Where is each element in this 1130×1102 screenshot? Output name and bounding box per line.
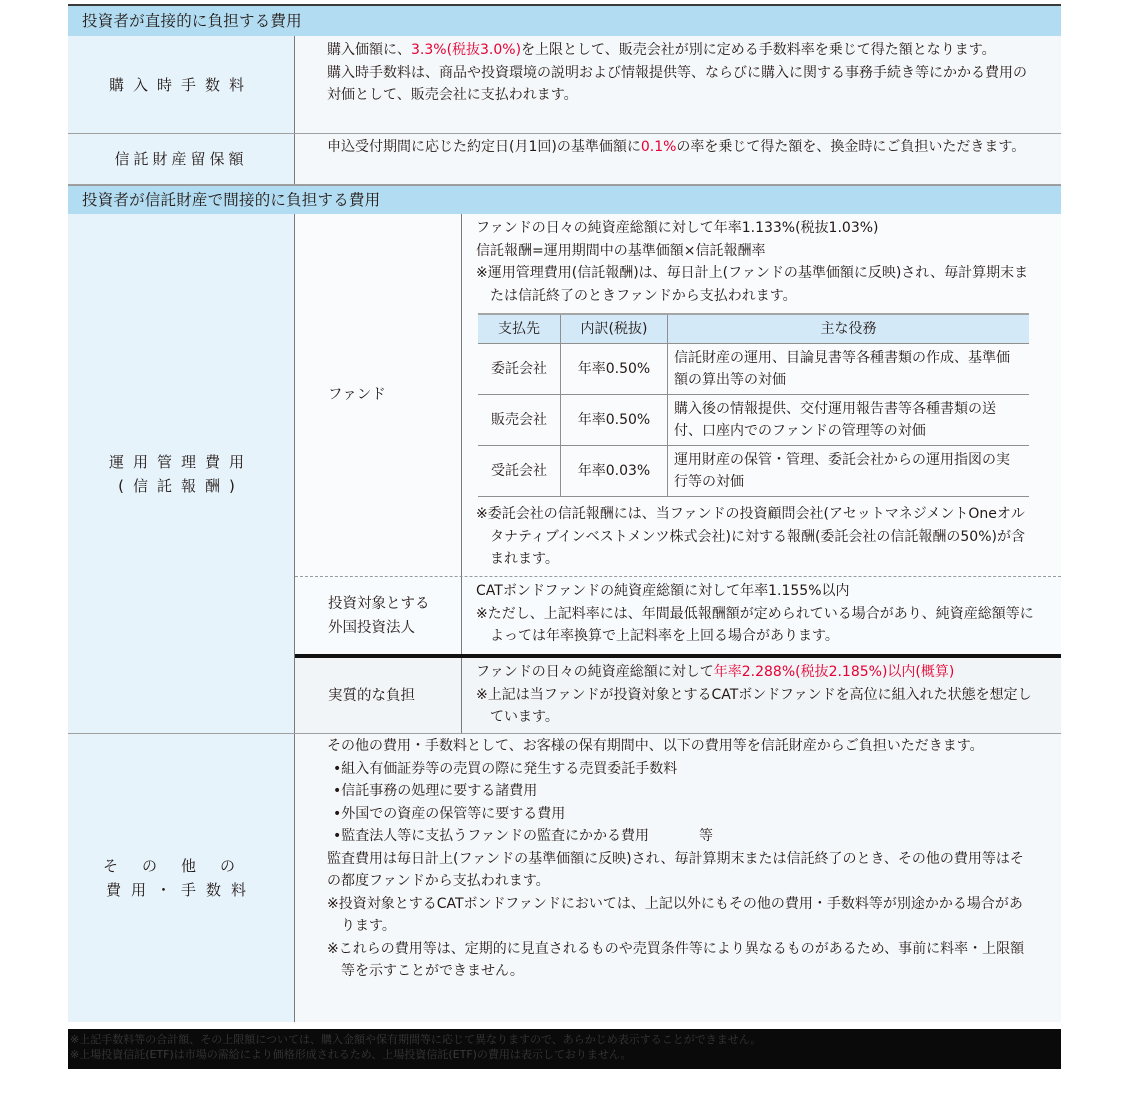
subrow-foreign-investment-corp: 投資対象とする 外国投資法人 CATボンドファンドの純資産総額に対して年率1.1…: [295, 576, 1061, 654]
list-item: •組入有価証券等の売買の際に発生する売買委託手数料: [333, 758, 1031, 781]
fee-table: 投資者が直接的に負担する費用 購入時手数料 購入価額に、3.3%(税抜3.0%)…: [68, 4, 1061, 1022]
purchase-fee-rate: 3.3%(税抜3.0%): [411, 42, 521, 58]
row-purchase-fee: 購入時手数料 購入価額に、3.3%(税抜3.0%)を上限として、販売会社が別に定…: [68, 36, 1061, 134]
label-management-fee: 運用管理費用 (信託報酬): [68, 214, 295, 733]
other-fees-note1: ※投資対象とするCATボンドファンドにおいては、上記以外にもその他の費用・手数料…: [327, 893, 1031, 938]
effective-details: ファンドの日々の純資産総額に対して年率2.288%(税抜2.185%)以内(概算…: [462, 658, 1061, 733]
content-purchase-fee: 購入価額に、3.3%(税抜3.0%)を上限として、販売会社が別に定める手数料率を…: [295, 36, 1061, 133]
list-item: •信託事務の処理に要する諸費用: [333, 780, 1031, 803]
text: 申込受付期間に応じた約定日(月1回)の基準価額に: [327, 139, 641, 155]
sublabel-effective-burden: 実質的な負担: [295, 658, 462, 733]
fund-rate: ファンドの日々の純資産総額に対して年率1.133%(税抜1.03%): [476, 217, 1035, 240]
cell-rate: 年率0.50%: [561, 395, 668, 446]
management-fee-breakdown: ファンド ファンドの日々の純資産総額に対して年率1.133%(税抜1.03%) …: [295, 214, 1061, 733]
row-trust-reserve: 信託財産留保額 申込受付期間に応じた約定日(月1回)の基準価額に0.1%の率を乗…: [68, 134, 1061, 185]
fund-details: ファンドの日々の純資産総額に対して年率1.133%(税抜1.03%) 信託報酬=…: [462, 214, 1061, 576]
label-line: 運用管理費用: [109, 450, 253, 474]
row-management-fee: 運用管理費用 (信託報酬) ファンド ファンドの日々の純資産総額に対して年率1.…: [68, 214, 1061, 734]
cell-service: 購入後の情報提供、交付運用報告書等各種書類の送付、口座内でのファンドの管理等の対…: [668, 395, 1030, 446]
row-other-fees: その他の 費用・手数料 その他の費用・手数料として、お客様の保有期間中、以下の費…: [68, 734, 1061, 1022]
purchase-fee-line1: 購入価額に、3.3%(税抜3.0%)を上限として、販売会社が別に定める手数料率を…: [327, 39, 1031, 62]
footnote: ※上記手数料等の合計額、その上限額については、購入金額や保有期間等に応じて異なり…: [70, 1032, 1059, 1047]
subrow-effective-burden: 実質的な負担 ファンドの日々の純資産総額に対して年率2.288%(税抜2.185…: [295, 654, 1061, 733]
content-trust-reserve: 申込受付期間に応じた約定日(月1回)の基準価額に0.1%の率を乗じて得た額を、換…: [295, 134, 1061, 184]
fund-note: ※運用管理費用(信託報酬)は、毎日計上(ファンドの基準価額に反映)され、毎計算期…: [476, 262, 1035, 307]
label-line: (信託報酬): [118, 474, 244, 498]
fee-breakdown-table: 支払先 内訳(税抜) 主な役務 委託会社 年率0.50% 信託財産の運用、目論見…: [478, 313, 1029, 497]
footnote: ※上場投資信託(ETF)は市場の需給により価格形成されるため、上場投資信託(ET…: [70, 1047, 1059, 1062]
advisor-fee-note: ※委託会社の信託報酬には、当ファンドの投資顧問会社(アセットマネジメントOneオ…: [476, 503, 1035, 571]
text: の率を乗じて得た額を、換金時にご負担いただきます。: [676, 139, 1025, 155]
label-line: 外国投資法人: [328, 616, 415, 640]
cell-service: 運用財産の保管・管理、委託会社からの運用指図の実行等の対価: [668, 446, 1030, 497]
effective-rate: 年率2.288%(税抜2.185%)以内(概算): [714, 664, 955, 680]
cell-rate: 年率0.50%: [561, 344, 668, 395]
effective-note: ※上記は当ファンドが投資対象とするCATボンドファンドを高位に組入れた状態を想定…: [476, 684, 1035, 729]
col-header-payee: 支払先: [478, 314, 561, 344]
sublabel-foreign-investment-corp: 投資対象とする 外国投資法人: [295, 577, 462, 654]
footnotes: ※上記手数料等の合計額、その上限額については、購入金額や保有期間等に応じて異なり…: [68, 1029, 1061, 1069]
other-fees-note2: ※これらの費用等は、定期的に見直されるものや売買条件等により異なるものがあるため…: [327, 938, 1031, 983]
cell-service: 信託財産の運用、目論見書等各種書類の作成、基準価額の算出等の対価: [668, 344, 1030, 395]
label-trust-reserve: 信託財産留保額: [68, 134, 295, 184]
text: を上限として、販売会社が別に定める手数料率を乗じて得た額となります。: [521, 42, 996, 58]
effective-rate-line: ファンドの日々の純資産総額に対して年率2.288%(税抜2.185%)以内(概算…: [476, 661, 1035, 684]
other-fees-list: •組入有価証券等の売買の際に発生する売買委託手数料 •信託事務の処理に要する諸費…: [327, 758, 1031, 848]
foreign-rate: CATボンドファンドの純資産総額に対して年率1.155%以内: [476, 580, 1035, 603]
table-row: 販売会社 年率0.50% 購入後の情報提供、交付運用報告書等各種書類の送付、口座…: [478, 395, 1029, 446]
text: ファンドの日々の純資産総額に対して: [476, 664, 714, 680]
table-row: 受託会社 年率0.03% 運用財産の保管・管理、委託会社からの運用指図の実行等の…: [478, 446, 1029, 497]
list-item-last: •監査法人等に支払うファンドの監査にかかる費用 等: [333, 825, 1031, 848]
cell-payee: 委託会社: [478, 344, 561, 395]
foreign-note: ※ただし、上記料率には、年間最低報酬額が定められている場合があり、純資産総額等に…: [476, 603, 1035, 648]
list-item: •外国での資産の保管等に要する費用: [333, 803, 1031, 826]
other-fees-intro: その他の費用・手数料として、お客様の保有期間中、以下の費用等を信託財産からご負担…: [327, 735, 1031, 758]
fund-formula: 信託報酬=運用期間中の基準価額×信託報酬率: [476, 240, 1035, 263]
list-item: •監査法人等に支払うファンドの監査にかかる費用: [333, 825, 649, 848]
table-row: 委託会社 年率0.50% 信託財産の運用、目論見書等各種書類の作成、基準価額の算…: [478, 344, 1029, 395]
purchase-fee-line2: 購入時手数料は、商品や投資環境の説明および情報提供等、ならびに購入に関する事務手…: [327, 62, 1031, 107]
trust-reserve-rate: 0.1%: [641, 139, 677, 155]
section-header-indirect-costs: 投資者が信託財産で間接的に負担する費用: [68, 185, 1061, 214]
table-header-row: 支払先 内訳(税抜) 主な役務: [478, 314, 1029, 344]
col-header-service: 主な役務: [668, 314, 1030, 344]
foreign-details: CATボンドファンドの純資産総額に対して年率1.155%以内 ※ただし、上記料率…: [462, 577, 1061, 654]
label-other-fees: その他の 費用・手数料: [68, 734, 295, 1022]
label-purchase-fee: 購入時手数料: [68, 36, 295, 133]
cell-payee: 受託会社: [478, 446, 561, 497]
cell-payee: 販売会社: [478, 395, 561, 446]
subrow-fund: ファンド ファンドの日々の純資産総額に対して年率1.133%(税抜1.03%) …: [295, 214, 1061, 576]
label-line: 費用・手数料: [106, 878, 256, 902]
list-suffix: 等: [699, 825, 713, 848]
section-header-direct-costs: 投資者が直接的に負担する費用: [68, 4, 1061, 36]
audit-fee-para: 監査費用は毎日計上(ファンドの基準価額に反映)され、毎計算期末または信託終了のと…: [327, 848, 1031, 893]
label-line: その他の: [103, 854, 259, 878]
text: 購入価額に、: [327, 42, 411, 58]
sublabel-fund: ファンド: [295, 214, 462, 576]
col-header-rate: 内訳(税抜): [561, 314, 668, 344]
label-line: 投資対象とする: [328, 592, 430, 616]
cell-rate: 年率0.03%: [561, 446, 668, 497]
content-other-fees: その他の費用・手数料として、お客様の保有期間中、以下の費用等を信託財産からご負担…: [295, 734, 1061, 1022]
